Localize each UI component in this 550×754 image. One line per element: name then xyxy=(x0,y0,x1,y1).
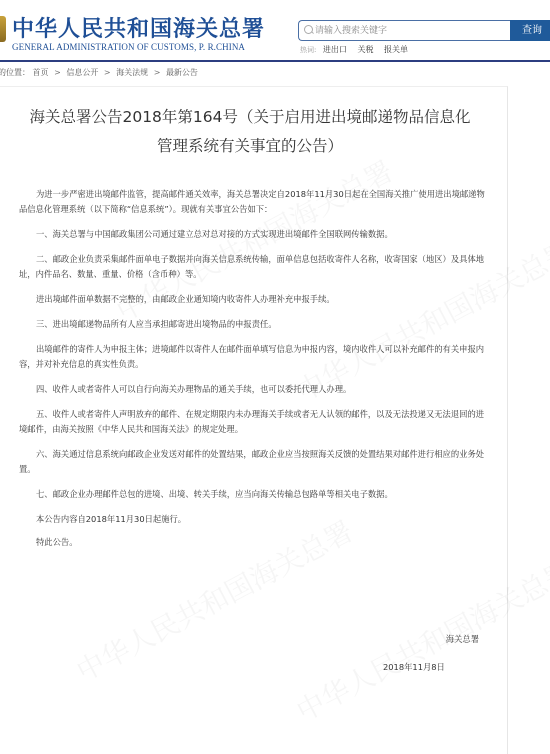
hotwords-label: 热词: xyxy=(300,46,316,54)
breadcrumb-separator: > xyxy=(54,68,61,77)
article-paragraph: 为进一步严密进出境邮件监管，提高邮件通关效率，海关总署决定自2018年11月30… xyxy=(19,187,486,217)
article-signature: 海关总署 xyxy=(446,633,479,645)
hotword-link[interactable]: 报关单 xyxy=(384,45,408,54)
site-header: 中华人民共和国海关总署 GENERAL ADMINISTRATION OF CU… xyxy=(0,0,550,62)
article-title: 海关总署公告2018年第164号（关于启用进出境邮递物品信息化管理系统有关事宜的… xyxy=(0,103,500,161)
breadcrumb-item-home[interactable]: 首页 xyxy=(33,68,49,77)
search-box[interactable] xyxy=(298,20,511,41)
article-paragraph: 三、进出境邮递物品所有人应当承担邮寄进出境物品的申报责任。 xyxy=(19,317,486,332)
article-paragraph: 本公告内容自2018年11月30日起施行。 xyxy=(19,512,486,527)
search-button[interactable]: 查询 xyxy=(510,20,550,41)
search-input[interactable] xyxy=(315,21,505,40)
article-paragraph: 五、收件人或者寄件人声明放弃的邮件、在规定期限内未办理海关手续或者无人认领的邮件… xyxy=(19,407,486,437)
article-body: 为进一步严密进出境邮件监管，提高邮件通关效率，海关总署决定自2018年11月30… xyxy=(19,187,486,560)
hotword-link[interactable]: 关税 xyxy=(357,45,373,54)
customs-emblem-icon[interactable] xyxy=(0,16,6,42)
site-logo-title[interactable]: 中华人民共和国海关总署 xyxy=(12,12,265,43)
breadcrumb-item-info-disclosure[interactable]: 信息公开 xyxy=(66,68,98,77)
hotwords: 热词: 进出口 关税 报关单 xyxy=(300,44,416,55)
breadcrumb-item-latest-announcements[interactable]: 最新公告 xyxy=(166,68,198,77)
breadcrumb: 的位置： 首页 > 信息公开 > 海关法规 > 最新公告 xyxy=(0,67,198,78)
article-paragraph: 六、海关通过信息系统向邮政企业发送对邮件的处置结果，邮政企业应当按照海关反馈的处… xyxy=(19,447,486,477)
article-paragraph: 七、邮政企业办理邮件总包的进境、出境、转关手续，应当向海关传输总包路单等相关电子… xyxy=(19,487,486,502)
breadcrumb-separator: > xyxy=(154,68,161,77)
breadcrumb-separator: > xyxy=(104,68,111,77)
article-paragraph: 一、海关总署与中国邮政集团公司通过建立总对总对接的方式实现进出境邮件全国联网传输… xyxy=(19,227,486,242)
hotword-link[interactable]: 进出口 xyxy=(323,45,347,54)
header-divider xyxy=(0,60,550,62)
site-logo-subtitle: GENERAL ADMINISTRATION OF CUSTOMS, P. R.… xyxy=(12,42,245,52)
article-paragraph: 特此公告。 xyxy=(19,535,486,550)
article-date: 2018年11月8日 xyxy=(383,661,445,673)
article-paragraph: 四、收件人或者寄件人可以自行向海关办理物品的通关手续，也可以委托代理人办理。 xyxy=(19,382,486,397)
article-paragraph: 二、邮政企业负责采集邮件面单电子数据并向海关信息系统传输，面单信息包括收寄件人名… xyxy=(19,252,486,282)
breadcrumb-item-customs-regulations[interactable]: 海关法规 xyxy=(116,68,148,77)
breadcrumb-prefix: 的位置： xyxy=(0,68,30,77)
article-paragraph: 进出境邮件面单数据不完整的，由邮政企业通知境内收寄件人办理补充申报手续。 xyxy=(19,292,486,307)
article-paragraph: 出境邮件的寄件人为申报主体；进境邮件以寄件人在邮件面单填写信息为申报内容，境内收… xyxy=(19,342,486,372)
search-icon xyxy=(304,25,313,34)
